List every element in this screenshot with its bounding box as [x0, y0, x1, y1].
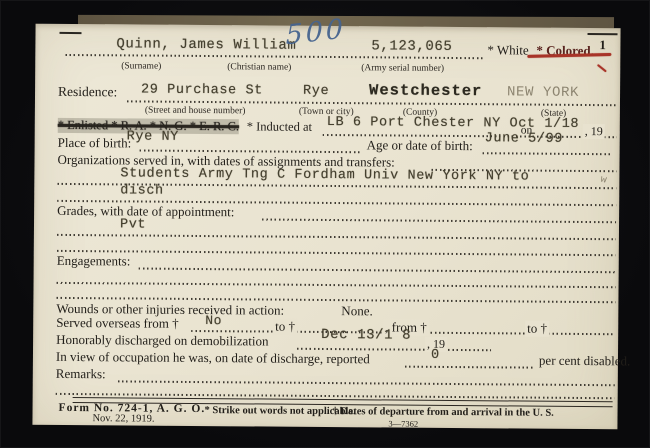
- dotted-line: [262, 218, 616, 223]
- service-record-card: 1 Quinn, James William 500 5,123,065 * W…: [32, 24, 620, 430]
- engagements-label: Engagements:: [57, 253, 131, 270]
- dotted-line: [57, 250, 616, 256]
- serial-number-label: (Army serial number): [361, 63, 444, 74]
- top-left-rule: [60, 32, 82, 34]
- surname-label: (Surname): [121, 61, 161, 71]
- red-tick-mark: [597, 64, 607, 73]
- remarks-label: Remarks:: [56, 366, 106, 382]
- birth-place-value: Rye NY: [127, 129, 179, 144]
- form-date: Nov. 22, 1919.: [92, 413, 154, 424]
- overseas-to2-label: to †: [525, 321, 549, 337]
- disability-value: 0: [431, 348, 440, 363]
- race-white-option: * White: [487, 42, 528, 58]
- dotted-line: [57, 234, 616, 240]
- residence-town: Rye: [303, 84, 329, 99]
- inducted-at-label: * Inducted at: [247, 119, 312, 135]
- residence-label: Residence:: [58, 84, 117, 100]
- residence-street: 29 Purchase St: [141, 83, 263, 99]
- page-number: 1: [599, 37, 606, 53]
- residence-county: Westchester: [369, 81, 482, 100]
- organizations-line1: Students Army Tng C Fordham Univ New Yor…: [120, 166, 529, 184]
- organizations-line2: disch: [120, 183, 164, 198]
- dagger-note: † Dates of departure from and arrival in…: [333, 406, 554, 419]
- stray-pencil-mark: w: [599, 175, 608, 187]
- discharge-date-value: Dec 13/1 8: [321, 327, 411, 344]
- soldier-name: Quinn, James William: [116, 36, 296, 53]
- residence-state: NEW YORK: [507, 84, 579, 101]
- discharge-label: Honorably discharged on demobilization: [56, 332, 269, 350]
- street-label: (Street and house number): [145, 106, 246, 117]
- disability-suffix-label: per cent disabled.: [539, 353, 630, 370]
- dotted-line: [57, 282, 616, 288]
- birth-place-label: Place of birth:: [58, 135, 132, 152]
- induction-place-date: LB 6 Port Chester NY Oct 1/18: [327, 115, 579, 132]
- christian-name-label: (Christian name): [227, 62, 291, 73]
- dotted-line: [405, 366, 533, 369]
- grade-value: Pvt: [120, 217, 146, 232]
- print-code: 3—7362: [388, 418, 418, 428]
- year-19-label: , 19: [583, 124, 605, 139]
- army-serial-number: 5,123,065: [371, 38, 452, 55]
- birth-date-label: Age or date of birth:: [367, 137, 473, 154]
- overseas-to1-label: to †: [273, 319, 297, 335]
- disability-label: In view of occupation he was, on date of…: [56, 349, 370, 367]
- overseas-label: Served overseas from †: [56, 315, 179, 332]
- birth-date-value: June 5/99: [485, 131, 563, 147]
- handwritten-number: 500: [286, 13, 346, 51]
- dotted-line: [118, 380, 615, 386]
- wounds-value: None.: [341, 303, 373, 319]
- overseas-from1-value: No: [205, 313, 222, 328]
- dotted-line: [139, 268, 616, 274]
- scanned-photo-background: 1 Quinn, James William 500 5,123,065 * W…: [0, 0, 650, 448]
- dotted-line: [483, 152, 611, 155]
- top-right-rule: [588, 33, 618, 35]
